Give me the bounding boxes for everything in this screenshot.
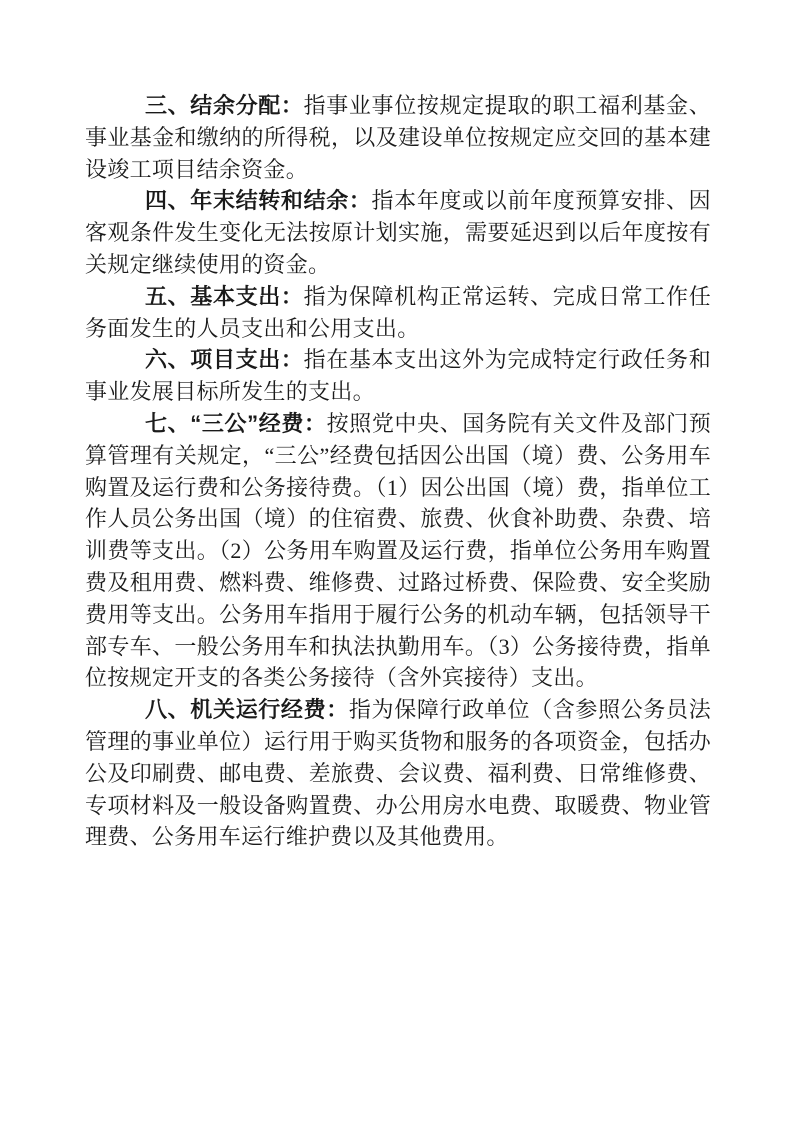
term-heading: 六、项目支出：: [145, 347, 304, 372]
paragraph-project-expenditure: 六、项目支出：指在基本支出这外为完成特定行政任务和事业发展目标所发生的支出。: [85, 344, 711, 408]
term-heading: 四、年末结转和结余：: [145, 188, 372, 213]
document-page: 三、结余分配：指事业事位按规定提取的职工福利基金、事业基金和缴纳的所得税，以及建…: [0, 0, 793, 1122]
paragraph-year-end-carryover: 四、年末结转和结余：指本年度或以前年度预算安排、因客观条件发生变化无法按原计划实…: [85, 185, 711, 280]
term-heading: 五、基本支出：: [145, 284, 304, 309]
paragraph-three-public-funds: 七、“三公”经费：按照党中央、国务院有关文件及部门预算管理有关规定，“三公”经费…: [85, 408, 711, 694]
paragraph-surplus-distribution: 三、结余分配：指事业事位按规定提取的职工福利基金、事业基金和缴纳的所得税，以及建…: [85, 90, 711, 185]
term-definition: 按照党中央、国务院有关文件及部门预算管理有关规定，“三公”经费包括因公出国（境）…: [85, 411, 711, 690]
term-heading: 三、结余分配：: [145, 93, 304, 118]
paragraph-agency-operating-funds: 八、机关运行经费：指为保障行政单位（含参照公务员法管理的事业单位）运行用于购买货…: [85, 694, 711, 853]
paragraph-basic-expenditure: 五、基本支出：指为保障机构正常运转、完成日常工作任务面发生的人员支出和公用支出。: [85, 281, 711, 345]
term-heading: 七、“三公”经费：: [145, 411, 327, 436]
document-content: 三、结余分配：指事业事位按规定提取的职工福利基金、事业基金和缴纳的所得税，以及建…: [85, 90, 711, 853]
term-heading: 八、机关运行经费：: [145, 697, 349, 722]
